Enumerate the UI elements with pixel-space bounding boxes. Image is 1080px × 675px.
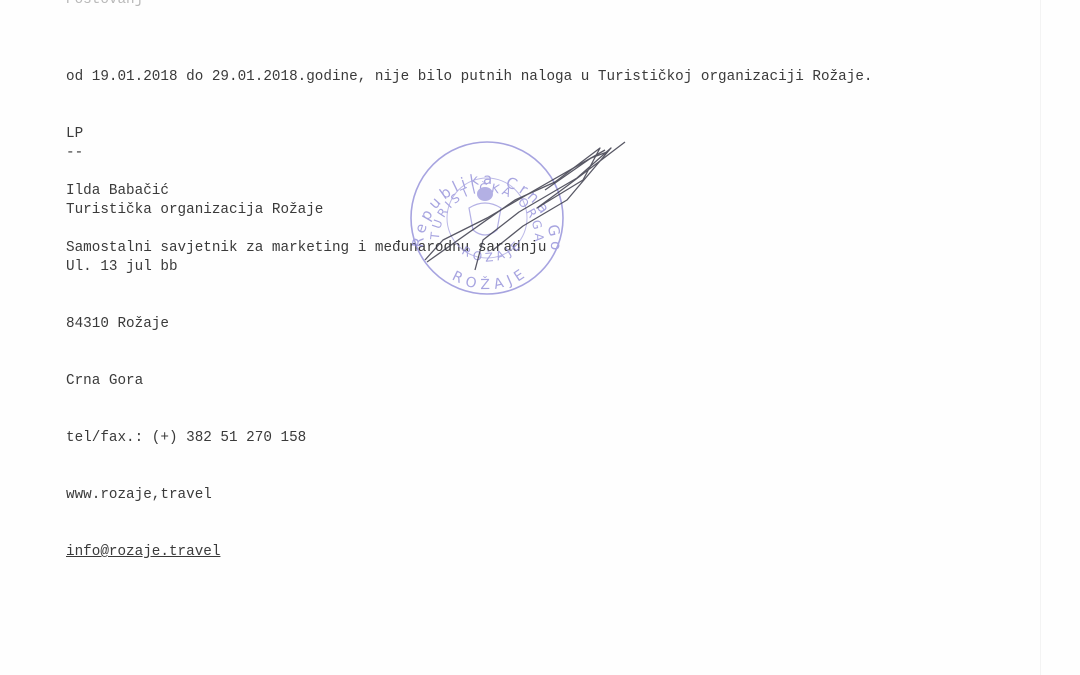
organization-name: Turistička organizacija Rožaje (66, 201, 323, 220)
scan-edge-line (1040, 0, 1041, 675)
stamp-bottom-inner-text: ROŽAJE (460, 236, 526, 264)
email-link[interactable]: info@rozaje.travel (66, 544, 220, 560)
website: www.rozaje,travel (66, 486, 323, 505)
svg-text:ROŽAJE: ROŽAJE (450, 264, 532, 293)
official-seal-icon: Republika Crna Gora TURISTIČKA ORGANIZAC… (395, 130, 635, 300)
country: Crna Gora (66, 372, 323, 391)
message-text: od 19.01.2018 do 29.01.2018.godine, nije… (66, 68, 872, 87)
street-address: Ul. 13 jul bb (66, 258, 323, 277)
phone-fax: tel/fax.: (+) 382 51 270 158 (66, 429, 323, 448)
cutoff-greeting-line: Poštovanj (66, 0, 143, 10)
email-signature: -- Turistička organizacija Rožaje Ul. 13… (66, 106, 323, 600)
svg-text:ROŽAJE: ROŽAJE (460, 236, 526, 264)
scanned-document-page: Poštovanj od 19.01.2018 do 29.01.2018.go… (0, 0, 1080, 675)
postal-city: 84310 Rožaje (66, 315, 323, 334)
stamp-bottom-outer-text: ROŽAJE (450, 264, 532, 293)
signature-separator: -- (66, 144, 323, 163)
